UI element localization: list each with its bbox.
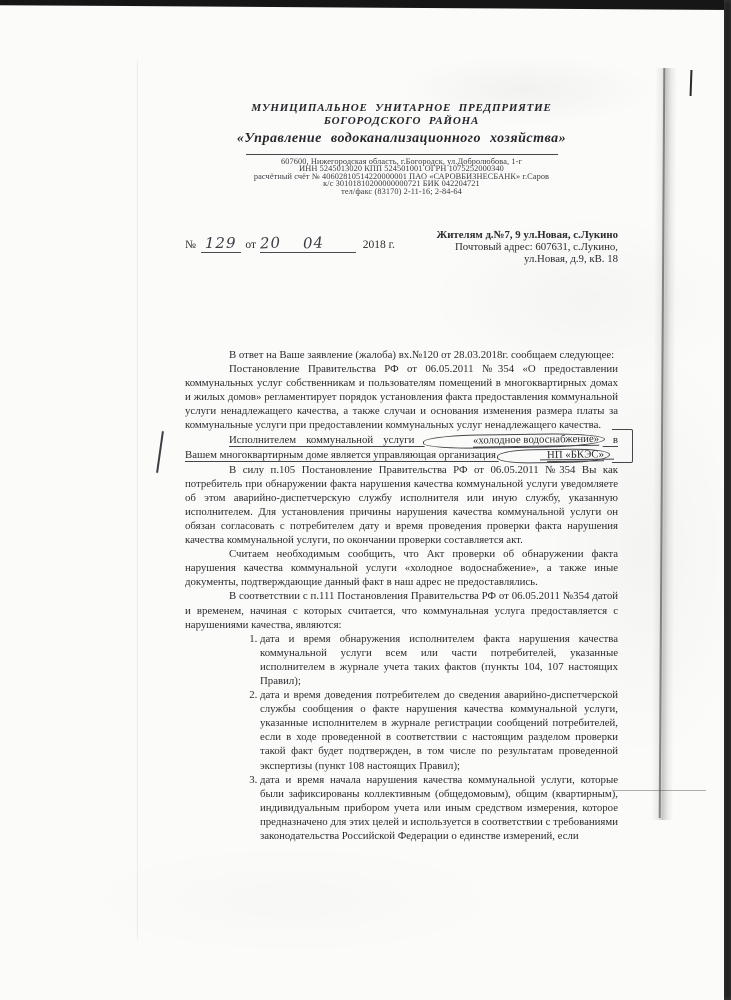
body-paragraph-1: В ответ на Ваше заявление (жалоба) вх.№1… bbox=[185, 348, 618, 362]
year-label: 2018 г. bbox=[363, 239, 395, 251]
recipient-line2: Почтовый адрес: 607631, с.Лукино, bbox=[437, 242, 618, 254]
list-item-1: дата и время обнаружения исполнителем фа… bbox=[260, 632, 618, 688]
letterhead: МУНИЦИПАЛЬНОЕ УНИТАРНОЕ ПРЕДПРИЯТИЕ БОГО… bbox=[185, 102, 618, 195]
scan-artifact-right-bar bbox=[724, 0, 731, 1000]
pen-bracket-right-margin bbox=[612, 429, 633, 463]
month-handwritten: 04 bbox=[303, 233, 325, 252]
letter-content: МУНИЦИПАЛЬНОЕ УНИТАРНОЕ ПРЕДПРИЯТИЕ БОГО… bbox=[185, 0, 618, 1000]
pen-circle-bkes: НП «БКЭС» bbox=[497, 448, 610, 464]
list-item-2: дата и время доведения потребителем до с… bbox=[260, 688, 618, 773]
outgoing-number-handwritten: 129 bbox=[201, 234, 241, 253]
pen-circle-cold-water: «холодное водоснабжение» bbox=[423, 432, 605, 449]
outgoing-reference: № 129 от 2004 2018 г. bbox=[185, 228, 395, 253]
body-paragraph-2: Постановление Правительства РФ от 06.05.… bbox=[185, 362, 618, 432]
list-item-3: дата и время начала нарушения качества к… bbox=[260, 773, 618, 843]
scan-artifact-mark bbox=[690, 70, 693, 96]
body-paragraph-4: В силу п.105 Постановление Правительства… bbox=[185, 463, 618, 548]
reference-and-recipient-row: № 129 от 2004 2018 г. Жителям д.№7, 9 ул… bbox=[185, 228, 618, 265]
ot-label: от bbox=[245, 239, 256, 251]
body-paragraph-5: Считаем необходимым сообщить, что Акт пр… bbox=[185, 547, 618, 589]
org-phone: тел/факс (83170) 2-11-16; 2-84-64 bbox=[185, 188, 618, 195]
pen-stroke-left-margin bbox=[156, 431, 164, 473]
day-handwritten: 20 bbox=[259, 233, 281, 252]
org-name-line2: БОГОРОДСКОГО РАЙОНА bbox=[185, 115, 618, 128]
org-name-line1: МУНИЦИПАЛЬНОЕ УНИТАРНОЕ ПРЕДПРИЯТИЕ bbox=[185, 102, 618, 115]
number-sign-label: № bbox=[185, 239, 196, 251]
org-name-line3: «Управление водоканализационного хозяйст… bbox=[185, 131, 618, 147]
list-item-3-text: дата и время начала нарушения качества к… bbox=[260, 774, 618, 842]
scan-artifact-dash bbox=[614, 790, 706, 791]
body-paragraph-3-annotated: Исполнителем коммунальной услуги «холодн… bbox=[185, 433, 618, 463]
scanned-letter-page: МУНИЦИПАЛЬНОЕ УНИТАРНОЕ ПРЕДПРИЯТИЕ БОГО… bbox=[0, 0, 731, 1000]
recipient-block: Жителям д.№7, 9 ул.Новая, с.Лукино Почто… bbox=[437, 228, 618, 265]
letterhead-divider bbox=[246, 154, 558, 155]
date-blank-line: 2004 bbox=[260, 234, 356, 253]
recipient-line3: ул.Новая, д.9, кВ. 18 bbox=[437, 254, 618, 266]
violation-criteria-list: дата и время обнаружения исполнителем фа… bbox=[185, 632, 618, 843]
body-paragraph-6: В соответствии с п.111 Постановления Пра… bbox=[185, 589, 618, 631]
p3-text-1: Исполнителем коммунальной услуги bbox=[229, 434, 425, 446]
paper-left-edge bbox=[137, 60, 138, 940]
letter-body: В ответ на Ваше заявление (жалоба) вх.№1… bbox=[185, 348, 618, 843]
